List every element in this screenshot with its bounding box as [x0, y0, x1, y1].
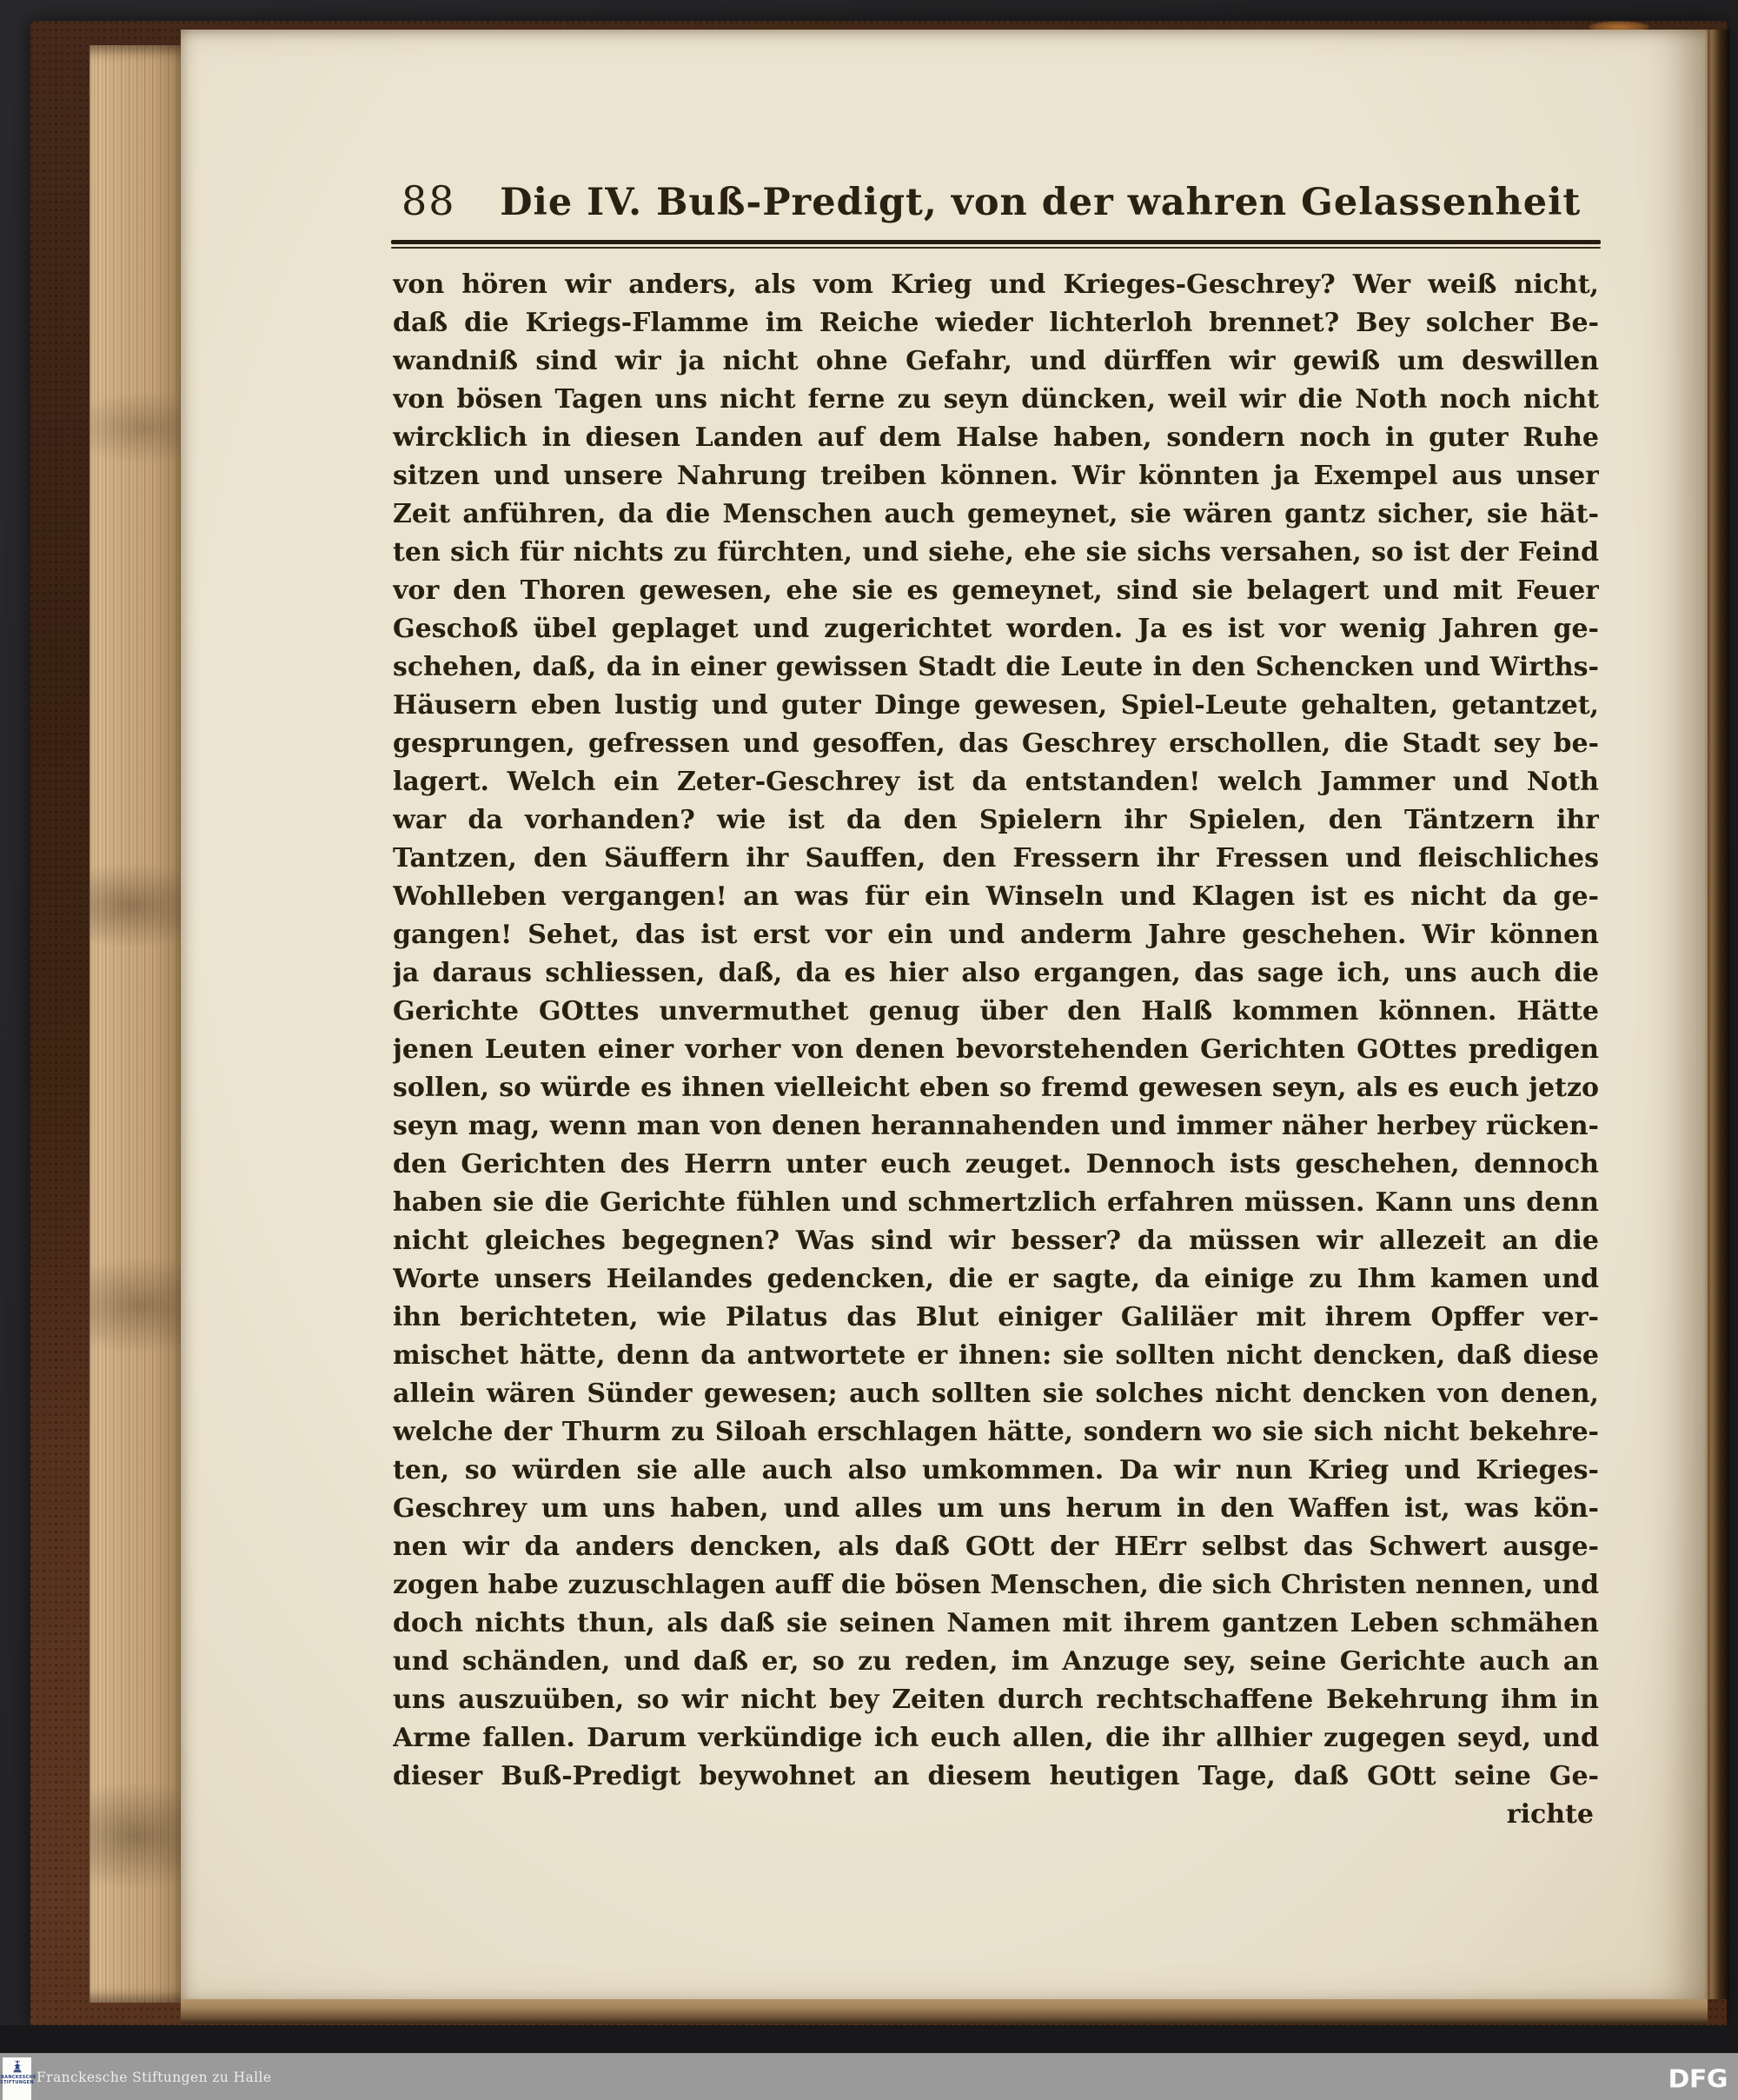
text-line: sollen, so würde es ihnen vielleicht ebe… — [393, 1069, 1599, 1107]
text-line: doch nichts thun, als daß sie seinen Nam… — [393, 1605, 1599, 1643]
text-line: haben sie die Gerichte fühlen und schmer… — [393, 1184, 1599, 1222]
page-header: 88 Die IV. Buß-Predigt, von der wahren G… — [393, 177, 1599, 224]
text-line: dieser Buß-Predigt beywohnet an diesem h… — [393, 1758, 1599, 1796]
text-line: Tantzen, den Säuffern ihr Sauffen, den F… — [393, 840, 1599, 878]
text-line: Gerichte GOttes unvermuthet genug über d… — [393, 993, 1599, 1031]
text-line: Häusern eben lustig und guter Dinge gewe… — [393, 687, 1599, 725]
divider-thin-line — [391, 247, 1601, 249]
catchword: richte — [393, 1796, 1599, 1834]
text-line: jenen Leuten einer vorher von denen bevo… — [393, 1031, 1599, 1069]
fanned-page-edges — [90, 45, 182, 2003]
scan-bottom-margin — [0, 2025, 1738, 2053]
text-line: lagert. Welch ein Zeter-Geschrey ist da … — [393, 763, 1599, 801]
page-number: 88 — [393, 177, 456, 224]
text-line: Wohlleben vergangen! an was für ein Wins… — [393, 878, 1599, 916]
text-line: Geschoß übel geplaget und zugerichtet wo… — [393, 610, 1599, 648]
text-line: gangen! Sehet, das ist erst vor ein und … — [393, 916, 1599, 954]
book-gutter — [1704, 30, 1729, 1999]
text-line: gesprungen, gefressen und gesoffen, das … — [393, 725, 1599, 763]
text-line: den Gerichten des Herrn unter euch zeuge… — [393, 1146, 1599, 1184]
text-line: uns auszuüben, so wir nicht bey Zeiten d… — [393, 1681, 1599, 1719]
text-line: sitzen und unsere Nahrung treiben können… — [393, 457, 1599, 495]
logo-text: FRANCKESCHE STIFTUNGEN — [0, 2076, 36, 2085]
text-line: mischet hätte, denn da antwortete er ihn… — [393, 1337, 1599, 1375]
text-line: welche der Thurm zu Siloah erschlagen hä… — [393, 1413, 1599, 1452]
text-line: und schänden, und daß er, so zu reden, i… — [393, 1643, 1599, 1681]
text-line: allein wären Sünder gewesen; auch sollte… — [393, 1375, 1599, 1413]
institution-name: Franckesche Stiftungen zu Halle — [36, 2070, 271, 2085]
text-line: nicht gleiches begegnen? Was sind wir be… — [393, 1222, 1599, 1260]
text-line: von bösen Tagen uns nicht ferne zu seyn … — [393, 381, 1599, 419]
dfg-logo: DFG — [1668, 2065, 1728, 2094]
text-line: schehen, daß, da in einer gewissen Stadt… — [393, 648, 1599, 687]
text-line: wircklich in diesen Landen auf dem Halse… — [393, 419, 1599, 457]
text-line: daß die Kriegs-Flamme im Reiche wieder l… — [393, 304, 1599, 342]
text-line: ten sich für nichts zu fürchten, und sie… — [393, 534, 1599, 572]
text-line: zogen habe zuzuschlagen auff die bösen M… — [393, 1566, 1599, 1605]
body-text: von hören wir anders, als vom Krieg und … — [393, 266, 1599, 1834]
franckesche-eagle-icon — [10, 2060, 25, 2074]
text-line: von hören wir anders, als vom Krieg und … — [393, 266, 1599, 304]
text-line: Zeit anführen, da die Menschen auch geme… — [393, 495, 1599, 534]
text-line: war da vorhanden? wie ist da den Spieler… — [393, 801, 1599, 840]
text-line: ihn berichteten, wie Pilatus das Blut ei… — [393, 1299, 1599, 1337]
divider-thick-line — [391, 240, 1601, 244]
logo-text-line2: STIFTUNGEN — [0, 2081, 36, 2086]
text-line: ja daraus schliessen, daß, da es hier al… — [393, 954, 1599, 993]
text-line: Arme fallen. Darum verkündige ich euch a… — [393, 1719, 1599, 1758]
text-line: Worte unsers Heilandes gedencken, die er… — [393, 1260, 1599, 1299]
scanned-book-viewer: 88 Die IV. Buß-Predigt, von der wahren G… — [0, 0, 1738, 2100]
text-line: ten, so würden sie alle auch also umkomm… — [393, 1452, 1599, 1490]
text-line: Geschrey um uns haben, und alles um uns … — [393, 1490, 1599, 1528]
heading-divider — [391, 240, 1601, 249]
page-heading: Die IV. Buß-Predigt, von der wahren Gela… — [456, 181, 1599, 224]
footer-bar: FRANCKESCHE STIFTUNGEN Franckesche Stift… — [0, 2053, 1738, 2100]
text-line: wandniß sind wir ja nicht ohne Gefahr, u… — [393, 342, 1599, 381]
text-line: seyn mag, wenn man von denen herannahend… — [393, 1107, 1599, 1146]
institution-logo: FRANCKESCHE STIFTUNGEN — [3, 2057, 31, 2100]
text-line: nen wir da anders dencken, als daß GOtt … — [393, 1528, 1599, 1566]
text-line: vor den Thoren gewesen, ehe sie es gemey… — [393, 572, 1599, 610]
